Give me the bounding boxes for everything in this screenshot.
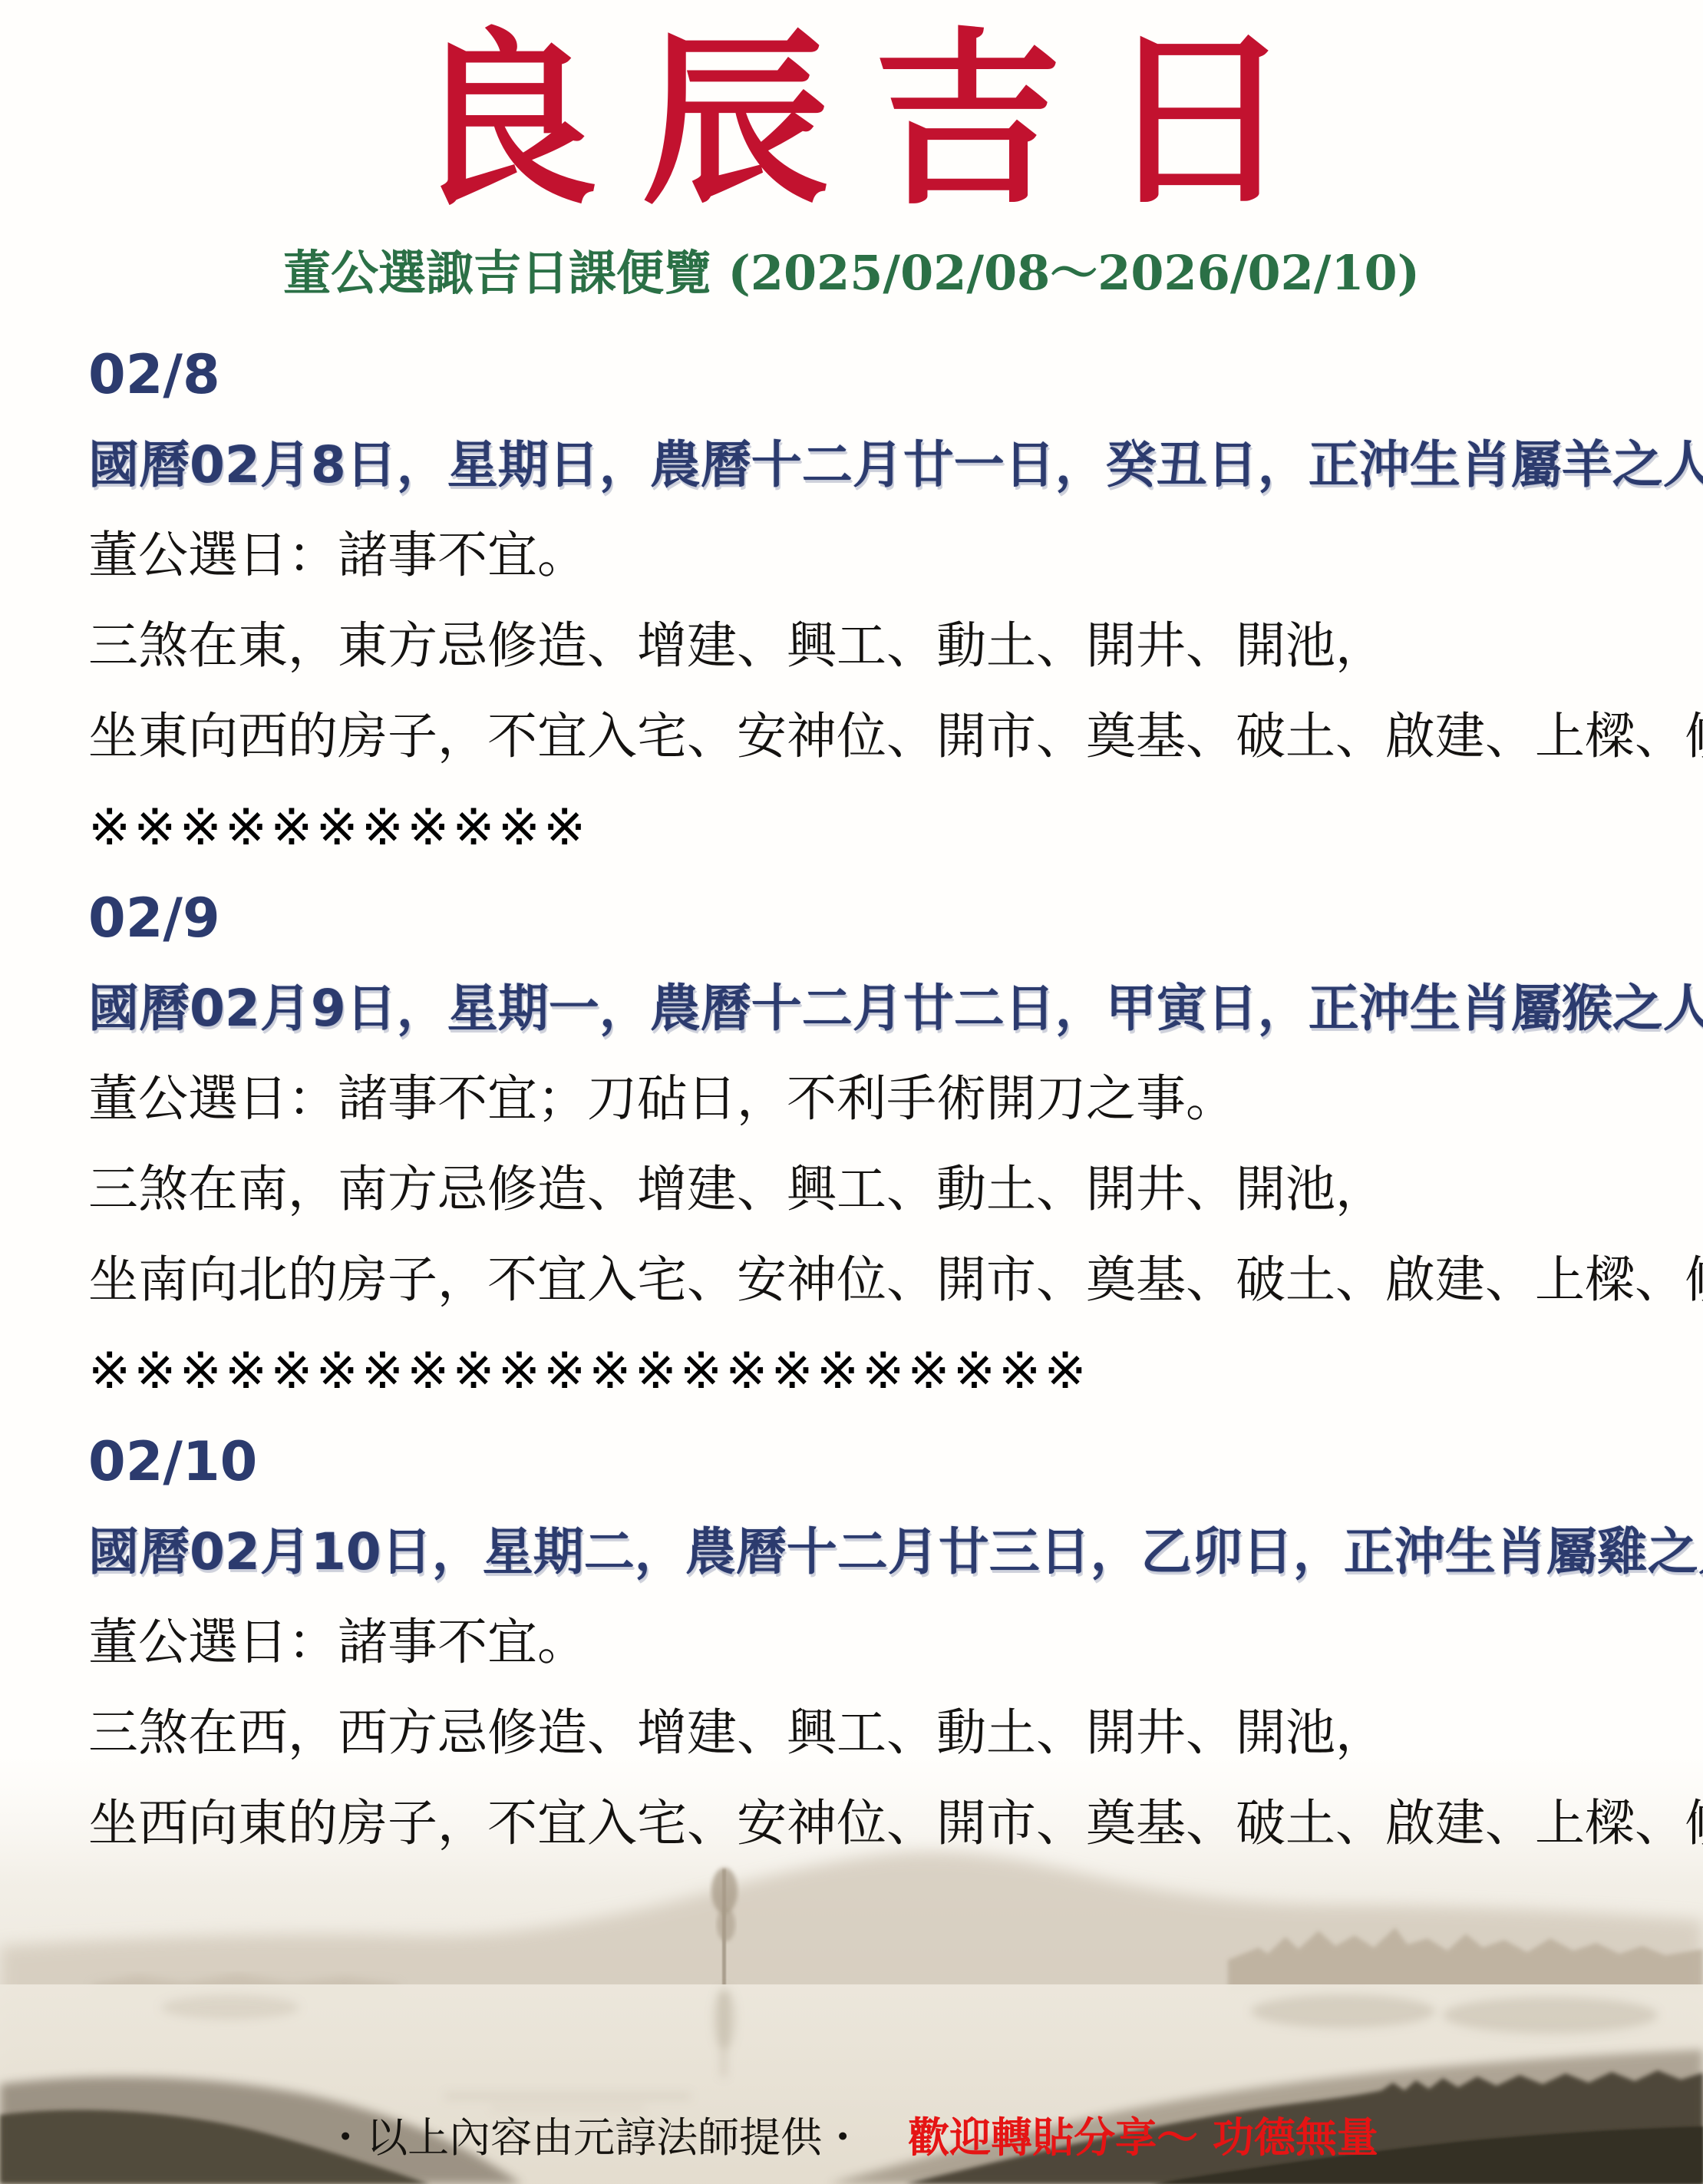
san-sha-note-02-10: 三煞在西，西方忌修造、增建、興工、動土、開井、開池， bbox=[88, 1688, 1642, 1779]
house-orientation-note-02-10: 坐西向東的房子，不宜入宅、安神位、開市、奠基、破土、啟建、上樑、修造。 bbox=[88, 1779, 1642, 1869]
date-label-02-8: 02/8 bbox=[88, 329, 1642, 420]
day-header-02-10: 國曆02月10日，星期二，農曆十二月廿三日，乙卯日，正沖生肖屬雞之人。 bbox=[88, 1507, 1642, 1598]
date-label-02-10: 02/10 bbox=[88, 1416, 1642, 1507]
san-sha-note-02-9: 三煞在南，南方忌修造、增建、興工、動土、開井、開池， bbox=[88, 1145, 1642, 1235]
house-orientation-note-02-9: 坐南向北的房子，不宜入宅、安神位、開市、奠基、破土、啟建、上樑、修造。 bbox=[88, 1235, 1642, 1326]
dong-gong-note-02-9: 董公選日：諸事不宜；刀砧日，不利手術開刀之事。 bbox=[88, 1054, 1642, 1145]
footer-provider-text: ・以上內容由元諄法師提供・ bbox=[325, 2113, 863, 2162]
dong-gong-note-02-10: 董公選日：諸事不宜。 bbox=[88, 1598, 1642, 1688]
separator-row-2: ※※※※※※※※※※※※※※※※※※※※※※ bbox=[88, 1326, 1642, 1416]
page-title: 良辰吉日 bbox=[0, 21, 1703, 221]
almanac-body: 02/8 國曆02月8日，星期日，農曆十二月廿一日，癸丑日，正沖生肖屬羊之人。 … bbox=[88, 329, 1642, 1869]
dong-gong-note-02-8: 董公選日：諸事不宜。 bbox=[88, 510, 1642, 601]
footer-share-text: 歡迎轉貼分享～ 功德無量 bbox=[908, 2113, 1378, 2162]
document-content: 良辰吉日 董公選諏吉日課便覽 (2025/02/08～2026/02/10) 0… bbox=[0, 21, 1703, 1869]
house-orientation-note-02-8: 坐東向西的房子，不宜入宅、安神位、開市、奠基、破土、啟建、上樑、修造。 bbox=[88, 692, 1642, 782]
almanac-page: 良辰吉日 董公選諏吉日課便覽 (2025/02/08～2026/02/10) 0… bbox=[0, 0, 1703, 2184]
separator-row-1: ※※※※※※※※※※※ bbox=[88, 782, 1642, 873]
page-footer: ・以上內容由元諄法師提供・歡迎轉貼分享～ 功德無量 bbox=[0, 2113, 1703, 2163]
page-subtitle: 董公選諏吉日課便覽 (2025/02/08～2026/02/10) bbox=[0, 243, 1703, 304]
day-header-02-9: 國曆02月9日，星期一，農曆十二月廿二日，甲寅日，正沖生肖屬猴之人。 bbox=[88, 963, 1642, 1054]
date-label-02-9: 02/9 bbox=[88, 873, 1642, 963]
day-header-02-8: 國曆02月8日，星期日，農曆十二月廿一日，癸丑日，正沖生肖屬羊之人。 bbox=[88, 420, 1642, 510]
san-sha-note-02-8: 三煞在東，東方忌修造、增建、興工、動土、開井、開池， bbox=[88, 601, 1642, 692]
